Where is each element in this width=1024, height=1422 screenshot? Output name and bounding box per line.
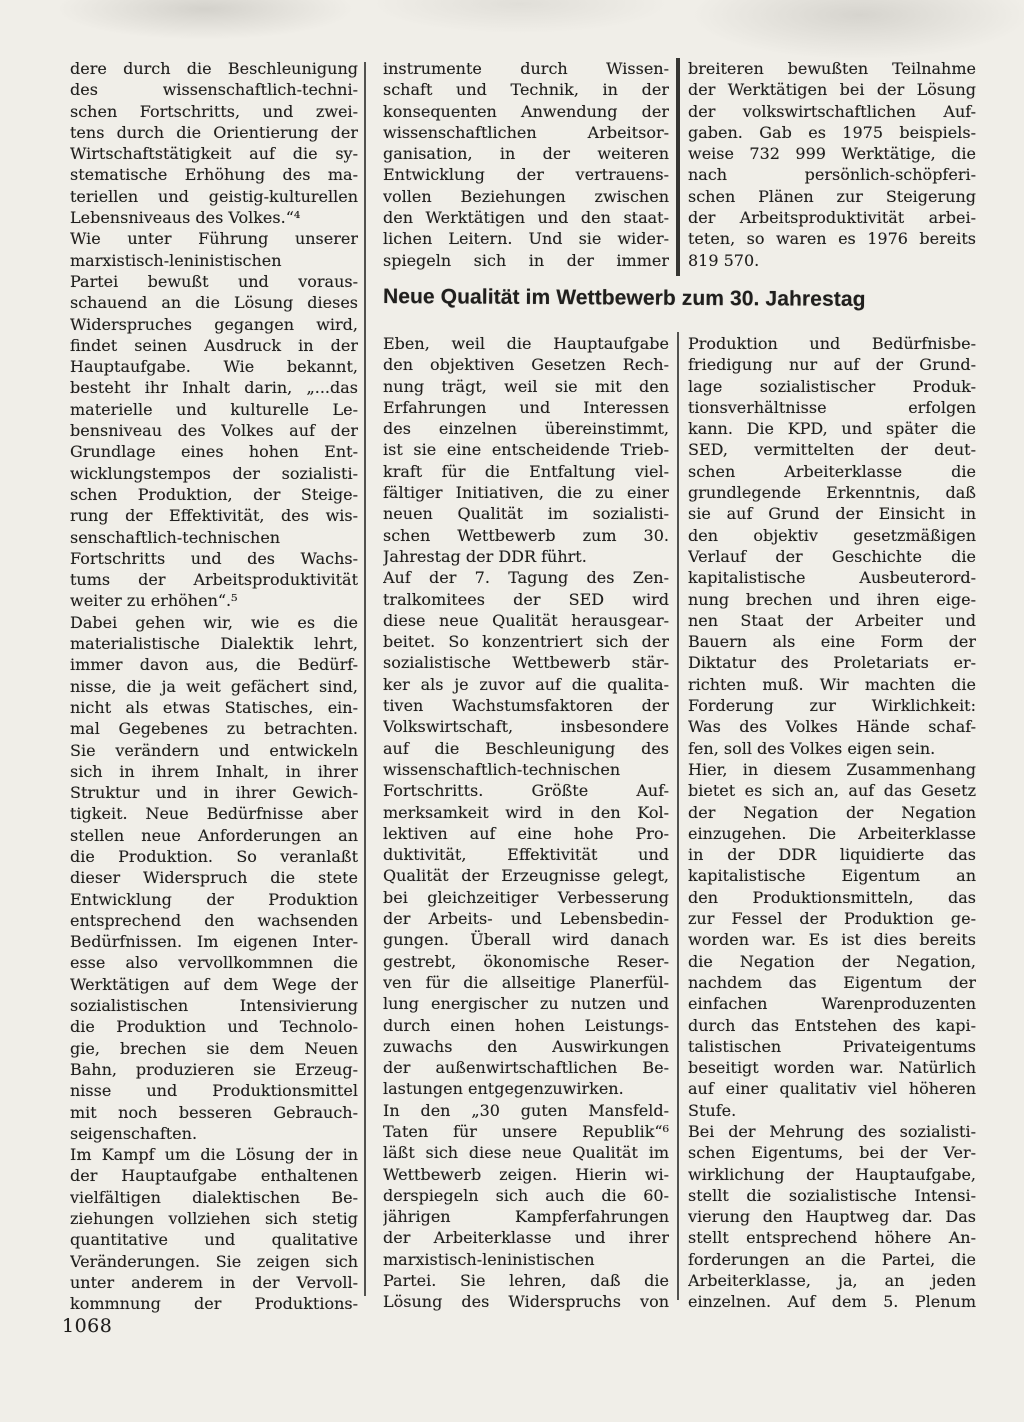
text-line: Werktätigen auf dem Wege der [70,974,358,995]
text-line: findet seinen Ausdruck in der [70,335,358,356]
text-line: esse also vervollkommnen die [70,952,358,973]
text-line: Grundlage eines hohen Ent- [70,441,358,462]
text-line: nisse, die ja weit gefächert sind, [70,676,358,697]
text-line: gestrebt, ökonomische Reser- [383,951,669,972]
text-line: durch das Entstehen des kapi- [688,1015,976,1036]
text-line: nung trägt, weil sie mit den [383,376,669,397]
section-heading: Neue Qualität im Wettbewerb zum 30. Jahr… [383,285,993,313]
text-line: Fortschritts. Größte Auf- [383,780,669,801]
text-line: zuwachs den Auswirkungen [383,1036,669,1057]
text-line: läßt sich diese neue Qualität im [383,1142,669,1163]
text-line: dere durch die Beschleunigung [70,58,358,79]
text-line: Hier, in diesem Zusammenhang [688,759,976,780]
text-line: vielfältigen dialektischen Be- [70,1187,358,1208]
column-right-top: breiteren bewußten Teilnahmeder Werktäti… [688,58,976,271]
text-line: schen Produktion, der Steige- [70,484,358,505]
column-divider [364,62,366,1296]
text-line: schauend an die Lösung dieses [70,292,358,313]
text-line: die Produktion. So veranlaßt [70,846,358,867]
text-line: bensniveau des Volkes auf der [70,420,358,441]
text-line: durch einen hohen Leistungs- [383,1015,669,1036]
text-line: teriellen und geistig-kulturellen [70,186,358,207]
text-line: nicht als etwas Statisches, ein- [70,697,358,718]
text-line: Erfahrungen und Interessen [383,397,669,418]
text-line: Volkswirtschaft, insbesondere [383,716,669,737]
text-line: Wirtschaftstätigkeit auf die sy- [70,143,358,164]
text-line: instrumente durch Wissen- [383,58,669,79]
text-line: marxistisch-leninistischen [70,250,358,271]
text-line: tigkeit. Neue Bedürfnisse aber [70,803,358,824]
text-line: Widerspruches gegangen wird, [70,314,358,335]
text-line: wirklichung der Hauptaufgabe, [688,1164,976,1185]
scanned-page: dere durch die Beschleunigungdes wissens… [0,0,1024,1422]
text-line: weise 732 999 Werktätige, die [688,143,976,164]
column-middle-bottom: Eben, weil die Hauptaufgabeden objektive… [383,333,669,1313]
text-line: Taten für unsere Republik“⁶ [383,1121,669,1142]
text-line: seigenschaften. [70,1123,358,1144]
text-line: jährigen Kampferfahrungen [383,1206,669,1227]
text-line: teten, so waren es 1976 bereits [688,228,976,249]
text-line: Entwicklung der Produktion [70,889,358,910]
text-line: in der DDR liquidierte das [688,844,976,865]
text-line: vollen Beziehungen zwischen [383,186,669,207]
text-line: forderungen an die Partei, die [688,1249,976,1270]
text-line: kann. Die KPD, und später die [688,418,976,439]
text-line: marxistisch-leninistischen [383,1249,669,1270]
text-line: Wettbewerb zeigen. Hierin wi- [383,1164,669,1185]
text-line: nung brechen und ihren eige- [688,589,976,610]
text-line: kapitalistische Ausbeuterord- [688,567,976,588]
text-line: diese neue Qualität herausgear- [383,610,669,631]
text-line: Stufe. [688,1100,976,1121]
text-line: lichen Leitern. Und sie wider- [383,228,669,249]
text-line: wissenschaftlichen Arbeitsor- [383,122,669,143]
text-line: den Produktionsmitteln, das [688,887,976,908]
text-line: ist sie eine entscheidende Trieb- [383,439,669,460]
scan-smudge [55,0,355,40]
text-line: Im Kampf um die Lösung der in [70,1144,358,1165]
text-line: des einzelnen übereinstimmt, [383,418,669,439]
text-line: der Arbeitsproduktivität arbei- [688,207,976,228]
text-line: lage sozialistischer Produk- [688,376,976,397]
text-line: Auf der 7. Tagung des Zen- [383,567,669,588]
text-line: wissenschaftlich-technischen [383,759,669,780]
text-line: senschaftlich-technischen [70,527,358,548]
text-line: immer davon aus, die Bedürf- [70,654,358,675]
text-line: lung energischer zu nutzen und [383,993,669,1014]
text-line: nach persönlich-schöpferi- [688,164,976,185]
text-line: duktivität, Effektivität und [383,844,669,865]
text-line: entsprechend den wachsenden [70,910,358,931]
text-line: gie, brechen sie dem Neuen [70,1038,358,1059]
text-line: ganisation, in der weiteren [383,143,669,164]
text-line: unter anderem in der Vervoll- [70,1272,358,1293]
column-left: dere durch die Beschleunigungdes wissens… [70,58,358,1315]
text-line: tens durch die Orientierung der [70,122,358,143]
text-line: nachdem das Eigentum der [688,972,976,993]
text-line: 819 570. [688,250,976,271]
text-line: vierung den Hauptweg dar. Das [688,1206,976,1227]
text-line: bei gleichzeitiger Verbesserung [383,887,669,908]
text-line: Entwicklung der vertrauens- [383,164,669,185]
text-line: besteht ihr Inhalt darin, „...das [70,377,358,398]
text-line: Veränderungen. Sie zeigen sich [70,1251,358,1272]
text-line: Sie verändern und entwickeln [70,740,358,761]
text-line: fältiger Initiativen, die zu einer [383,482,669,503]
text-line: stellt entsprechend höhere An- [688,1227,976,1248]
text-line: schen Eigentums, bei der Ver- [688,1142,976,1163]
text-line: tionsverhältnisse erfolgen [688,397,976,418]
text-line: kommnung der Produktions- [70,1293,358,1314]
text-line: den objektiv gesetzmäßigen [688,525,976,546]
text-line: talistischen Privateigentums [688,1036,976,1057]
text-line: den Werktätigen und den staat- [383,207,669,228]
text-line: fen, soll des Volkes eigen sein. [688,738,976,759]
text-line: schen Plänen zur Steigerung [688,186,976,207]
scan-smudge [690,0,1024,60]
text-line: der Werktätigen bei der Lösung [688,79,976,100]
column-middle-top: instrumente durch Wissen-schaft und Tech… [383,58,669,271]
text-line: Bahn, produzieren sie Erzeug- [70,1059,358,1080]
text-line: den objektiven Gesetzen Rech- [383,354,669,375]
text-line: derspiegeln sich auch die 60- [383,1185,669,1206]
text-line: schen Fortschritts, und zwei- [70,101,358,122]
text-line: der Arbeits- und Lebensbedin- [383,908,669,929]
text-line: neuen Qualität im sozialisti- [383,503,669,524]
text-line: tralkomitees der SED wird [383,589,669,610]
text-line: grundlegende Erkenntnis, daß [688,482,976,503]
text-line: kraft für die Entfaltung viel- [383,461,669,482]
column-right-bottom: Produktion und Bedürfnisbe-friedigung nu… [688,333,976,1313]
text-line: Wie unter Führung unserer [70,228,358,249]
text-line: nen Staat der Arbeiter und [688,610,976,631]
text-line: worden war. Es ist dies bereits [688,929,976,950]
text-line: Jahrestag der DDR führt. [383,546,669,567]
text-line: stellen neue Anforderungen an [70,825,358,846]
text-line: weiter zu erhöhen“.⁵ [70,590,358,611]
text-line: Verlauf der Geschichte die [688,546,976,567]
text-line: Bedürfnissen. Im eigenen Inter- [70,931,358,952]
text-line: ker als je zuvor auf die qualita- [383,674,669,695]
text-line: Diktatur des Proletariats er- [688,652,976,673]
text-line: nisse und Produktionsmittel [70,1080,358,1101]
text-line: stellt die sozialistische Intensi- [688,1185,976,1206]
text-line: beseitigt worden war. Natürlich [688,1057,976,1078]
text-line: Forderung zur Wirklichkeit: [688,695,976,716]
page-number: 1068 [62,1315,112,1337]
text-line: Bauern als eine Form der [688,631,976,652]
text-line: Struktur und in ihrer Gewich- [70,782,358,803]
text-line: einzelnen. Auf dem 5. Plenum [688,1291,976,1312]
text-line: ziehungen vollziehen sich stetig [70,1208,358,1229]
text-line: bietet es sich an, auf das Gesetz [688,780,976,801]
text-line: beitet. So konzentriert sich der [383,631,669,652]
text-line: gungen. Überall wird danach [383,929,669,950]
text-line: die Produktion und Technolo- [70,1016,358,1037]
text-line: dieser Widerspruch die stete [70,867,358,888]
text-line: merksamkeit wird in den Kol- [383,802,669,823]
text-line: tiven Wachstumsfaktoren der [383,695,669,716]
text-line: mal Gegebenes zu betrachten. [70,718,358,739]
text-line: schen Wettbewerb zum 30. [383,525,669,546]
text-line: auf einer qualitativ viel höheren [688,1078,976,1099]
text-line: einfachen Warenproduzenten [688,993,976,1014]
text-line: materialistische Dialektik lehrt, [70,633,358,654]
text-line: zur Fessel der Produktion ge- [688,908,976,929]
text-line: auf die Beschleunigung des [383,738,669,759]
text-line: sozialistische Wettbewerb stär- [383,652,669,673]
text-line: tums der Arbeitsproduktivität [70,569,358,590]
text-line: lastungen entgegenzuwirken. [383,1078,669,1099]
text-line: Was des Volkes Hände schaf- [688,716,976,737]
text-line: schaft und Technik, in der [383,79,669,100]
column-divider [677,332,679,1300]
text-line: wicklungstempos der sozialisti- [70,463,358,484]
text-line: der Arbeiterklasse und ihrer [383,1227,669,1248]
text-line: ven für die allseitige Planerfül- [383,972,669,993]
text-line: der außenwirtschaftlichen Be- [383,1057,669,1078]
text-line: SED, vermittelten der deut- [688,439,976,460]
text-line: quantitative und qualitative [70,1229,358,1250]
text-line: rung der Effektivität, des wis- [70,505,358,526]
text-line: des wissenschaftlich-techni- [70,79,358,100]
text-line: der Negation der Negation [688,802,976,823]
text-line: einzugehen. Die Arbeiterklasse [688,823,976,844]
text-line: der volkswirtschaftlichen Auf- [688,101,976,122]
text-line: In den „30 guten Mansfeld- [383,1100,669,1121]
text-line: richten muß. Wir machten die [688,674,976,695]
text-line: kapitalistische Eigentum an [688,865,976,886]
text-line: Lösung des Widerspruchs von [383,1291,669,1312]
text-line: Partei bewußt und voraus- [70,271,358,292]
column-divider [676,58,680,276]
text-line: spiegeln sich in der immer [383,250,669,271]
text-line: Partei. Sie lehren, daß die [383,1270,669,1291]
text-line: Fortschritts und des Wachs- [70,548,358,569]
text-line: Lebensniveaus des Volkes.“⁴ [70,207,358,228]
text-line: breiteren bewußten Teilnahme [688,58,976,79]
text-line: materielle und kulturelle Le- [70,399,358,420]
text-line: stematische Erhöhung des ma- [70,164,358,185]
text-line: friedigung nur auf der Grund- [688,354,976,375]
text-line: Produktion und Bedürfnisbe- [688,333,976,354]
text-line: Bei der Mehrung des sozialisti- [688,1121,976,1142]
scan-smudge [370,0,670,34]
text-line: lektiven auf eine hohe Pro- [383,823,669,844]
text-line: Arbeiterklasse, ja, an jeden [688,1270,976,1291]
text-line: die Negation der Negation, [688,951,976,972]
text-line: sich in ihrem Inhalt, in ihrer [70,761,358,782]
text-line: der Hauptaufgabe enthaltenen [70,1165,358,1186]
text-line: gaben. Gab es 1975 beispiels- [688,122,976,143]
text-line: sozialistischen Intensivierung [70,995,358,1016]
text-line: Hauptaufgabe. Wie bekannt, [70,356,358,377]
text-line: Eben, weil die Hauptaufgabe [383,333,669,354]
text-line: sie auf Grund der Einsicht in [688,503,976,524]
text-line: Qualität der Erzeugnisse gelegt, [383,865,669,886]
text-line: konsequenten Anwendung der [383,101,669,122]
text-line: schen Arbeiterklasse die [688,461,976,482]
text-line: mit noch besseren Gebrauch- [70,1102,358,1123]
text-line: Dabei gehen wir, wie es die [70,612,358,633]
